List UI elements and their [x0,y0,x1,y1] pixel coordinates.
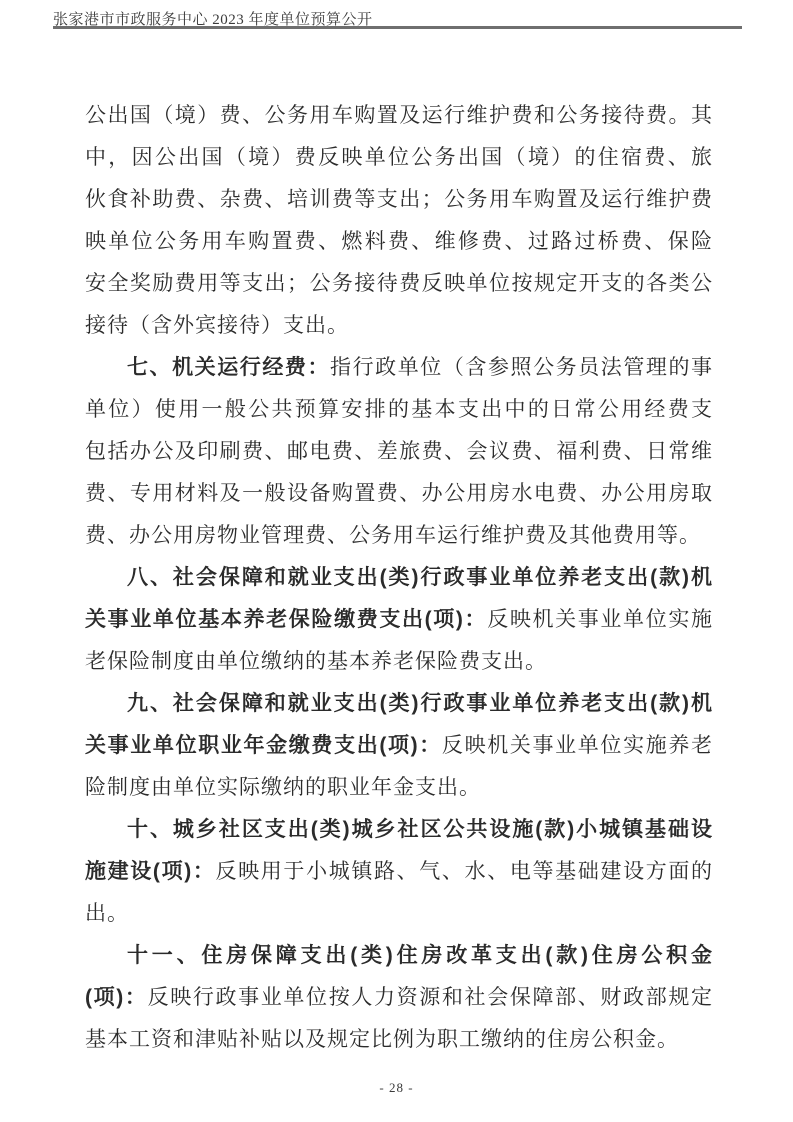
bold-text-run: 八、社会保障和就业支出(类)行政事业单位养老支出(款)机 [127,566,713,589]
paragraph: 八、社会保障和就业支出(类)行政事业单位养老支出(款)机关事业单位基本养老保险缴… [85,556,713,682]
text-line: 费、办公用房物业管理费、公务用车运行维护费及其他费用等。 [85,514,713,556]
text-run: 伙食补助费、杂费、培训费等支出；公务用车购置及运行维护费反 [85,187,713,220]
text-line: (项)：反映行政事业单位按人力资源和社会保障部、财政部规定的 [85,976,713,1018]
text-run: 险制度由单位实际缴纳的职业年金支出。 [85,775,481,799]
text-line: 关事业单位基本养老保险缴费支出(项)：反映机关事业单位实施养 [85,598,713,640]
text-run: 映单位公务用车购置费、燃料费、维修费、过路过桥费、保险费、 [85,229,713,262]
text-run: 出。 [85,901,129,925]
text-run: 老保险制度由单位缴纳的基本养老保险费支出。 [85,649,547,673]
paragraph: 公出国（境）费、公务用车购置及运行维护费和公务接待费。其中，因公出国（境）费反映… [85,94,713,346]
text-line: 公出国（境）费、公务用车购置及运行维护费和公务接待费。其 [85,94,713,136]
text-line: 七、机关运行经费：指行政单位（含参照公务员法管理的事业 [85,346,713,388]
text-line: 接待（含外宾接待）支出。 [85,304,713,346]
bold-text-run: 施建设(项)： [85,860,216,883]
bold-text-run: 十一、住房保障支出(类)住房改革支出(款)住房公积金 [127,944,713,967]
bold-text-run: 七、机关运行经费： [127,356,330,379]
text-run: 反映行政事业单位按人力资源和社会保障部、财政部规定的 [85,985,713,1018]
text-run: 接待（含外宾接待）支出。 [85,313,349,337]
text-run: 费、办公用房物业管理费、公务用车运行维护费及其他费用等。 [85,523,701,547]
document-body: 公出国（境）费、公务用车购置及运行维护费和公务接待费。其中，因公出国（境）费反映… [85,94,713,1060]
text-line: 映单位公务用车购置费、燃料费、维修费、过路过桥费、保险费、 [85,220,713,262]
bold-text-run: 十、城乡社区支出(类)城乡社区公共设施(款)小城镇基础设 [127,818,713,841]
bold-text-run: 九、社会保障和就业支出(类)行政事业单位养老支出(款)机 [127,692,713,715]
text-line: 包括办公及印刷费、邮电费、差旅费、会议费、福利费、日常维修 [85,430,713,472]
document-page: 张家港市市政服务中心 2023 年度单位预算公开 公出国（境）费、公务用车购置及… [0,0,793,1122]
text-line: 八、社会保障和就业支出(类)行政事业单位养老支出(款)机 [85,556,713,598]
text-line: 安全奖励费用等支出；公务接待费反映单位按规定开支的各类公务 [85,262,713,304]
text-run: 中，因公出国（境）费反映单位公务出国（境）的住宿费、旅费、 [85,145,713,178]
text-line: 费、专用材料及一般设备购置费、办公用房水电费、办公用房取暖 [85,472,713,514]
text-line: 中，因公出国（境）费反映单位公务出国（境）的住宿费、旅费、 [85,136,713,178]
text-line: 施建设(项)：反映用于小城镇路、气、水、电等基础建设方面的支 [85,850,713,892]
bold-text-run: 关事业单位基本养老保险缴费支出(项)： [85,608,487,631]
text-line: 老保险制度由单位缴纳的基本养老保险费支出。 [85,640,713,682]
text-run: 基本工资和津贴补贴以及规定比例为职工缴纳的住房公积金。 [85,1027,679,1051]
text-line: 十一、住房保障支出(类)住房改革支出(款)住房公积金 [85,934,713,976]
paragraph: 十一、住房保障支出(类)住房改革支出(款)住房公积金(项)：反映行政事业单位按人… [85,934,713,1060]
page-number: - 28 - [379,1080,413,1095]
text-run: 单位）使用一般公共预算安排的基本支出中的日常公用经费支出， [85,397,713,430]
text-line: 伙食补助费、杂费、培训费等支出；公务用车购置及运行维护费反 [85,178,713,220]
text-line: 单位）使用一般公共预算安排的基本支出中的日常公用经费支出， [85,388,713,430]
header-rule [53,26,742,29]
bold-text-run: (项)： [85,986,148,1009]
text-line: 险制度由单位实际缴纳的职业年金支出。 [85,766,713,808]
text-run: 安全奖励费用等支出；公务接待费反映单位按规定开支的各类公务 [85,271,713,304]
page-footer: - 28 - [0,1080,793,1096]
paragraph: 七、机关运行经费：指行政单位（含参照公务员法管理的事业单位）使用一般公共预算安排… [85,346,713,556]
text-run: 公出国（境）费、公务用车购置及运行维护费和公务接待费。其 [85,103,713,127]
text-run: 包括办公及印刷费、邮电费、差旅费、会议费、福利费、日常维修 [85,439,713,472]
bold-text-run: 关事业单位职业年金缴费支出(项)： [85,734,442,757]
text-line: 关事业单位职业年金缴费支出(项)：反映机关事业单位实施养老保 [85,724,713,766]
text-line: 九、社会保障和就业支出(类)行政事业单位养老支出(款)机 [85,682,713,724]
text-line: 十、城乡社区支出(类)城乡社区公共设施(款)小城镇基础设 [85,808,713,850]
text-line: 出。 [85,892,713,934]
text-line: 基本工资和津贴补贴以及规定比例为职工缴纳的住房公积金。 [85,1018,713,1060]
paragraph: 九、社会保障和就业支出(类)行政事业单位养老支出(款)机关事业单位职业年金缴费支… [85,682,713,808]
paragraph: 十、城乡社区支出(类)城乡社区公共设施(款)小城镇基础设施建设(项)：反映用于小… [85,808,713,934]
text-run: 费、专用材料及一般设备购置费、办公用房水电费、办公用房取暖 [85,481,713,514]
